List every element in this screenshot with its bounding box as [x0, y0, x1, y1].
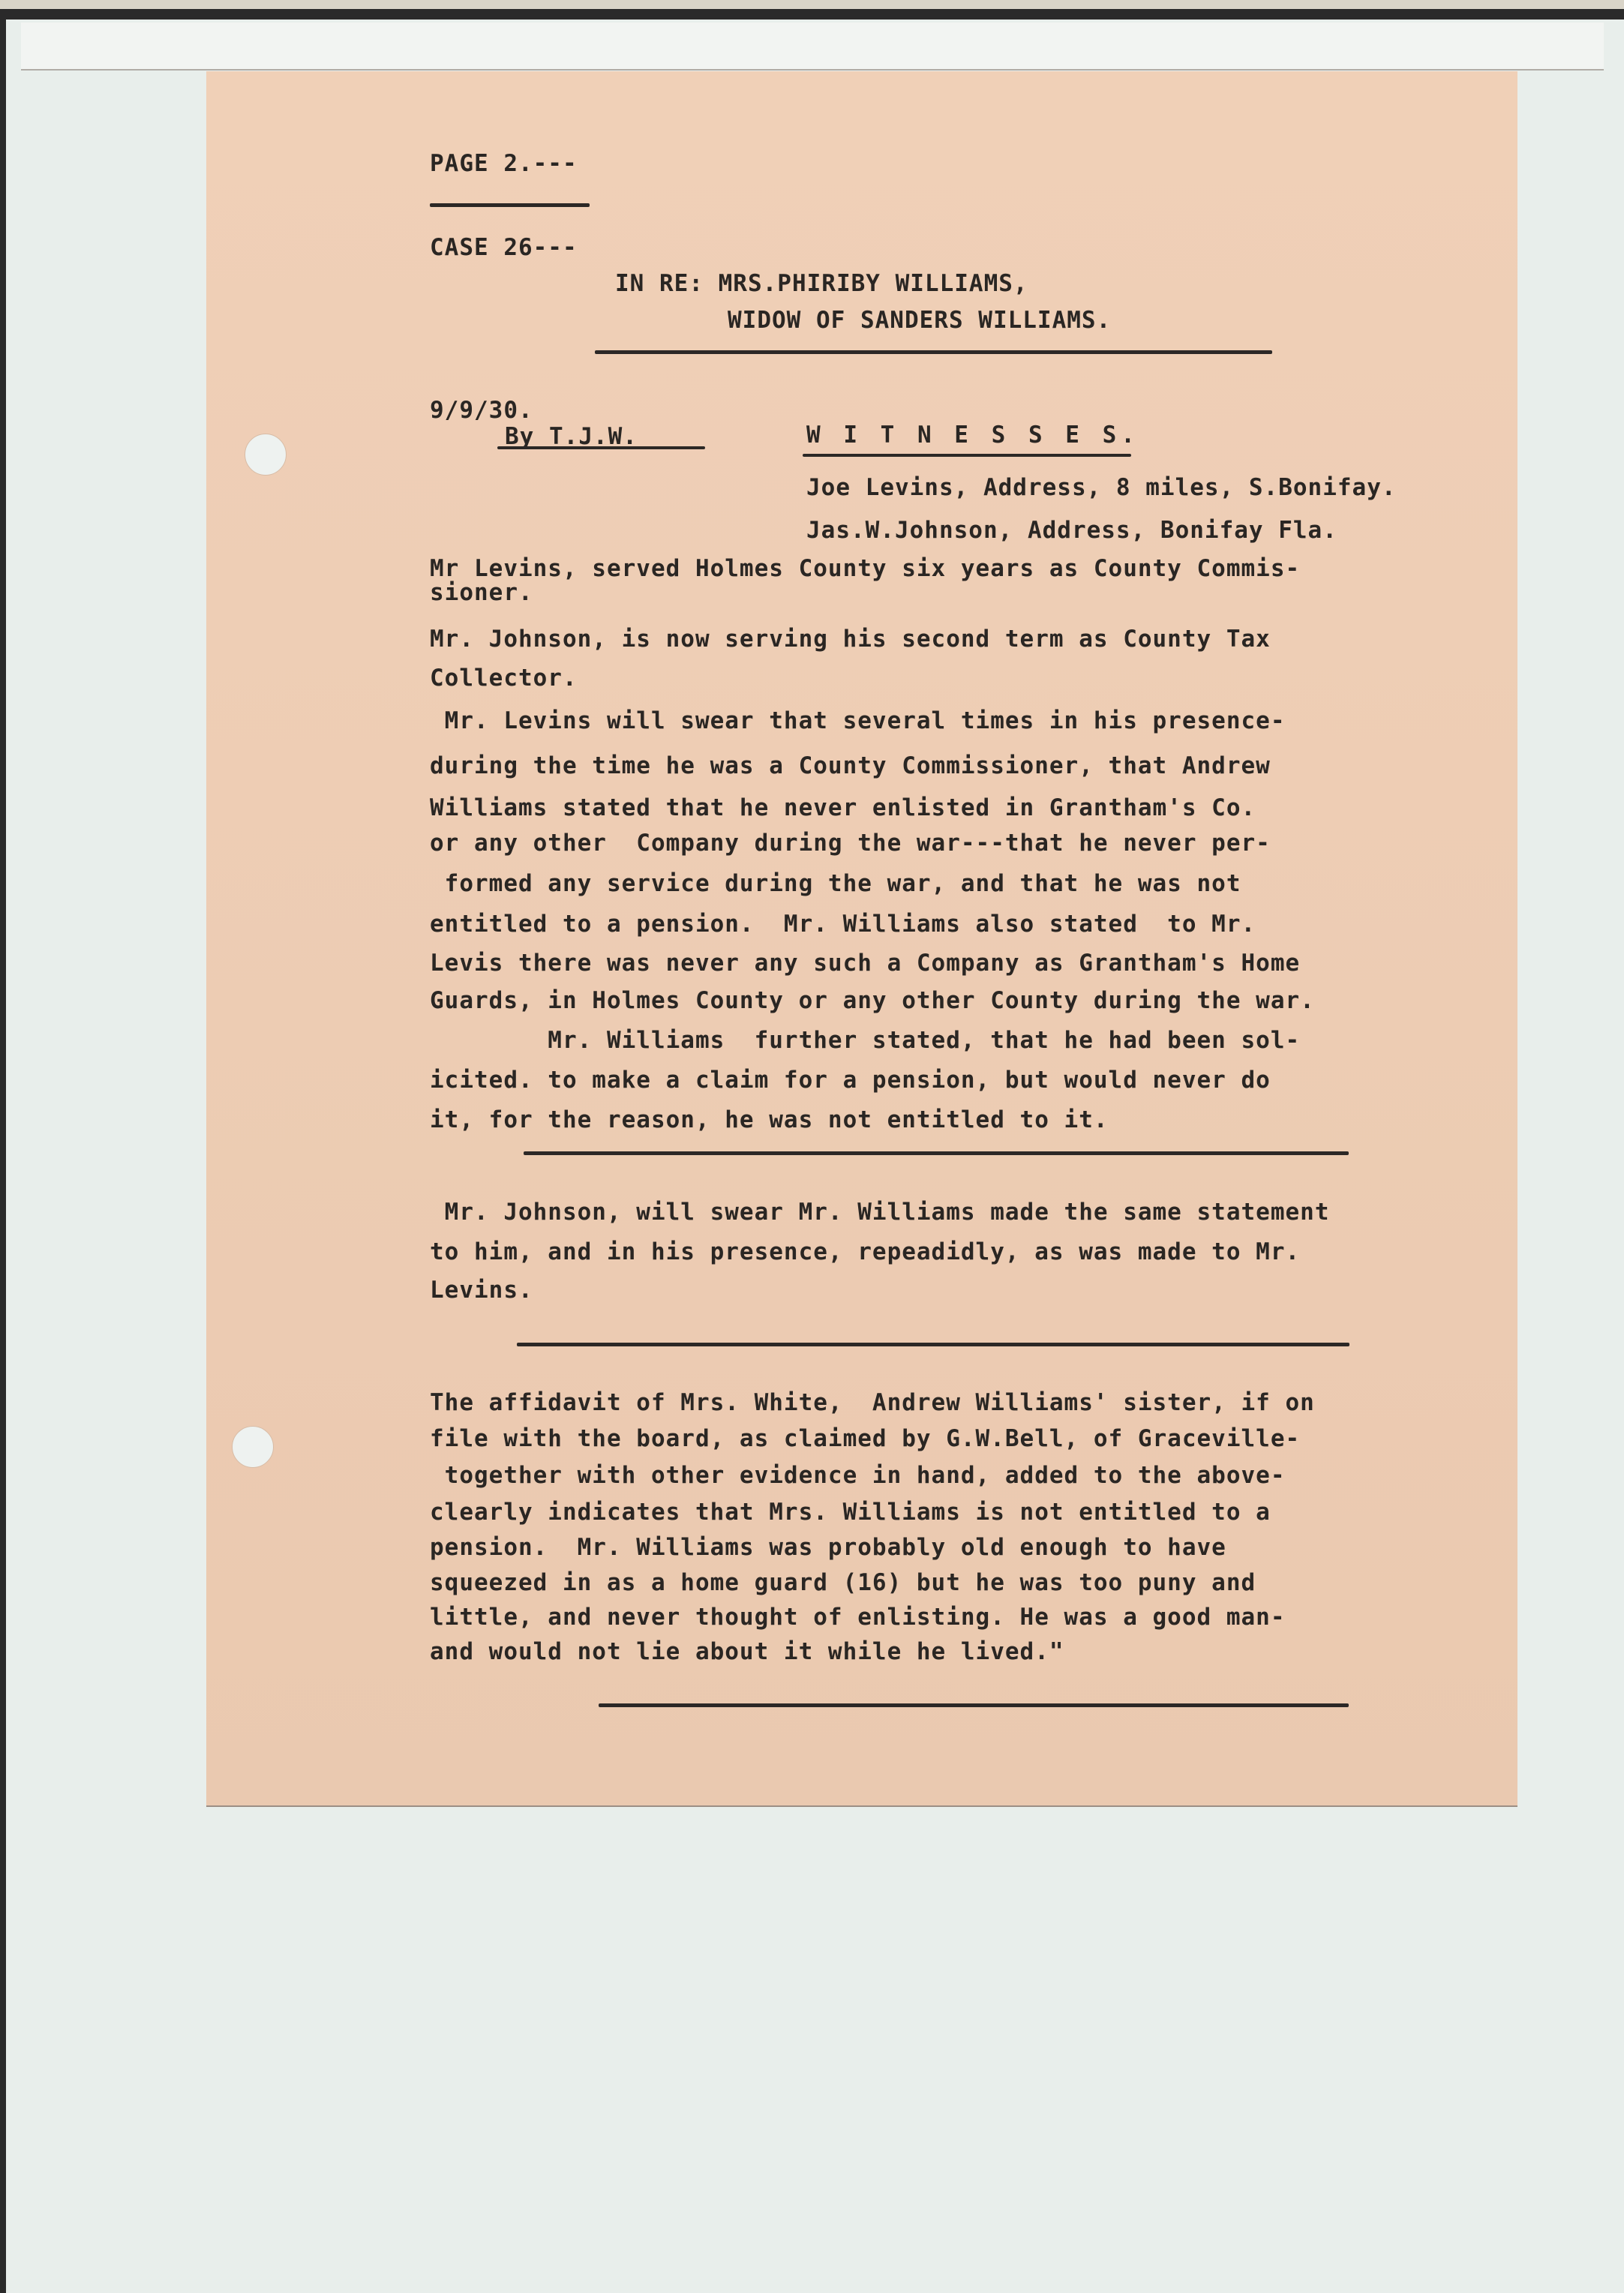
affidavit-line: The affidavit of Mrs. White, Andrew Will…	[430, 1391, 1315, 1415]
body-line: Collector.	[430, 667, 578, 690]
scanner-top-edge	[0, 0, 1624, 9]
author-initials: By T.J.W.	[505, 425, 638, 449]
body-line: Mr. Levins will swear that several times…	[430, 710, 1286, 733]
affidavit-line: file with the board, as claimed by G.W.B…	[430, 1427, 1300, 1451]
scanner-left-border	[0, 9, 6, 2293]
body-line: icited. to make a claim for a pension, b…	[430, 1069, 1271, 1092]
date: 9/9/30.	[430, 399, 533, 422]
body-line: during the time he was a County Commissi…	[430, 755, 1271, 778]
affidavit-line: and would not lie about it while he live…	[430, 1640, 1064, 1664]
divider-rule	[524, 1151, 1349, 1155]
body-line: or any other Company during the war---th…	[430, 832, 1271, 855]
witness-1: Joe Levins, Address, 8 miles, S.Bonifay.	[806, 476, 1397, 500]
affidavit-line: little, and never thought of enlisting. …	[430, 1606, 1286, 1629]
body-line: Williams stated that he never enlisted i…	[430, 797, 1256, 820]
body-line: Mr. Williams further stated, that he had…	[430, 1029, 1300, 1052]
body-line: entitled to a pension. Mr. Williams also…	[430, 913, 1256, 936]
witnesses-heading: W I T N E S S E S.	[806, 424, 1139, 447]
divider-rule	[599, 1703, 1349, 1707]
body-line: sioner.	[430, 581, 533, 605]
johnson-line: Mr. Johnson, will swear Mr. Williams mad…	[430, 1201, 1329, 1224]
body-line: Guards, in Holmes County or any other Co…	[430, 989, 1315, 1013]
affidavit-line: squeezed in as a home guard (16) but he …	[430, 1571, 1256, 1595]
divider-rule	[595, 350, 1272, 354]
body-line: Mr Levins, served Holmes County six year…	[430, 557, 1300, 581]
johnson-line: to him, and in his presence, repeadidly,…	[430, 1241, 1300, 1264]
divider-rule	[517, 1343, 1349, 1346]
in-re-line-2: WIDOW OF SANDERS WILLIAMS.	[728, 309, 1111, 332]
witness-2: Jas.W.Johnson, Address, Bonifay Fla.	[806, 519, 1337, 542]
johnson-line: Levins.	[430, 1279, 533, 1302]
page-label: PAGE 2.---	[430, 152, 578, 176]
case-label: CASE 26---	[430, 236, 578, 260]
document-page: PAGE 2.--- CASE 26--- IN RE: MRS.PHIRIBY…	[206, 71, 1517, 1807]
scanner-dark-border	[0, 9, 1624, 20]
body-line: Mr. Johnson, is now serving his second t…	[430, 628, 1271, 651]
tape-strip	[21, 23, 1604, 71]
affidavit-line: together with other evidence in hand, ad…	[430, 1464, 1286, 1487]
punch-hole-top	[245, 434, 287, 476]
body-line: it, for the reason, he was not entitled …	[430, 1109, 1109, 1132]
witnesses-underline	[803, 454, 1131, 457]
author-underline	[497, 446, 705, 449]
punch-hole-bottom	[232, 1426, 274, 1468]
affidavit-line: clearly indicates that Mrs. Williams is …	[430, 1501, 1271, 1524]
body-line: Levis there was never any such a Company…	[430, 952, 1300, 975]
affidavit-line: pension. Mr. Williams was probably old e…	[430, 1536, 1226, 1559]
body-line: formed any service during the war, and t…	[430, 872, 1241, 896]
in-re-line-1: IN RE: MRS.PHIRIBY WILLIAMS,	[615, 272, 1028, 296]
divider-rule	[430, 203, 590, 207]
